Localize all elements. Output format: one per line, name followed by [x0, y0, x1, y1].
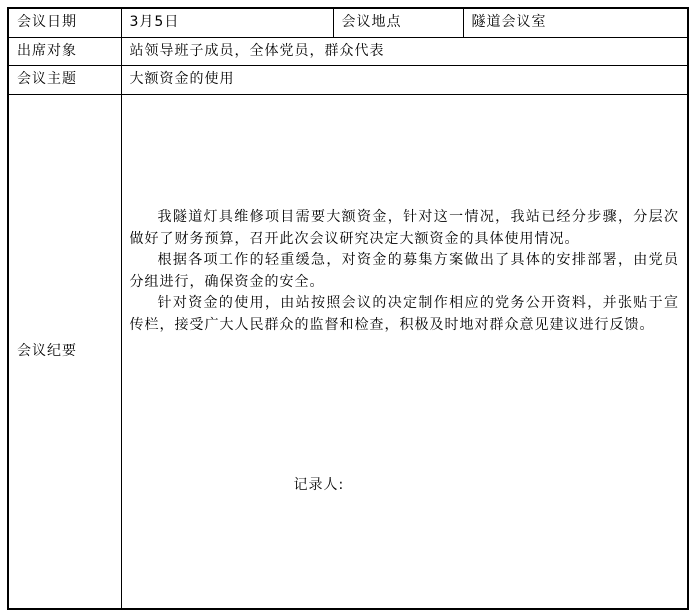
recorder-label: 记录人:	[294, 476, 680, 496]
attendees-label-cell: 出席对象	[8, 37, 121, 66]
minutes-paragraph-3: 针对资金的使用，由站按照会议的决定制作相应的党务公开资料，并张贴于宣传栏，接受广…	[130, 293, 680, 336]
document-page: 会议日期 3月5日 会议地点 隧道会议室 出席对象 站领导班子成员，全体党员，群…	[0, 0, 693, 614]
attendees-value: 站领导班子成员，全体党员，群众代表	[130, 43, 385, 59]
minutes-label-cell: 会议纪要	[8, 95, 121, 609]
topic-value: 大额资金的使用	[130, 71, 235, 87]
meeting-minutes-table: 会议日期 3月5日 会议地点 隧道会议室 出席对象 站领导班子成员，全体党员，群…	[7, 7, 689, 610]
location-label-cell: 会议地点	[333, 8, 463, 37]
location-label: 会议地点	[342, 14, 402, 30]
location-value: 隧道会议室	[472, 14, 547, 30]
minutes-paragraph-2: 根据各项工作的轻重缓急，对资金的募集方案做出了具体的安排部署，由党员分组进行，确…	[130, 250, 680, 293]
table-row-date-location: 会议日期 3月5日 会议地点 隧道会议室	[8, 8, 688, 37]
date-value: 3月5日	[130, 14, 180, 30]
table-row-minutes: 会议纪要 我隧道灯具维修项目需要大额资金，针对这一情况，我站已经分步骤，分层次做…	[8, 95, 688, 609]
location-value-cell: 隧道会议室	[463, 8, 688, 37]
table-row-attendees: 出席对象 站领导班子成员，全体党员，群众代表	[8, 37, 688, 66]
date-value-cell: 3月5日	[121, 8, 333, 37]
date-label-cell: 会议日期	[8, 8, 121, 37]
attendees-label: 出席对象	[17, 43, 77, 59]
date-label: 会议日期	[17, 14, 77, 30]
table-row-topic: 会议主题 大额资金的使用	[8, 66, 688, 95]
topic-value-cell: 大额资金的使用	[121, 66, 688, 95]
minutes-label: 会议纪要	[17, 343, 77, 359]
minutes-paragraph-1: 我隧道灯具维修项目需要大额资金，针对这一情况，我站已经分步骤，分层次做好了财务预…	[130, 207, 680, 250]
minutes-body-cell: 我隧道灯具维修项目需要大额资金，针对这一情况，我站已经分步骤，分层次做好了财务预…	[121, 95, 688, 609]
topic-label-cell: 会议主题	[8, 66, 121, 95]
topic-label: 会议主题	[17, 71, 77, 87]
attendees-value-cell: 站领导班子成员，全体党员，群众代表	[121, 37, 688, 66]
